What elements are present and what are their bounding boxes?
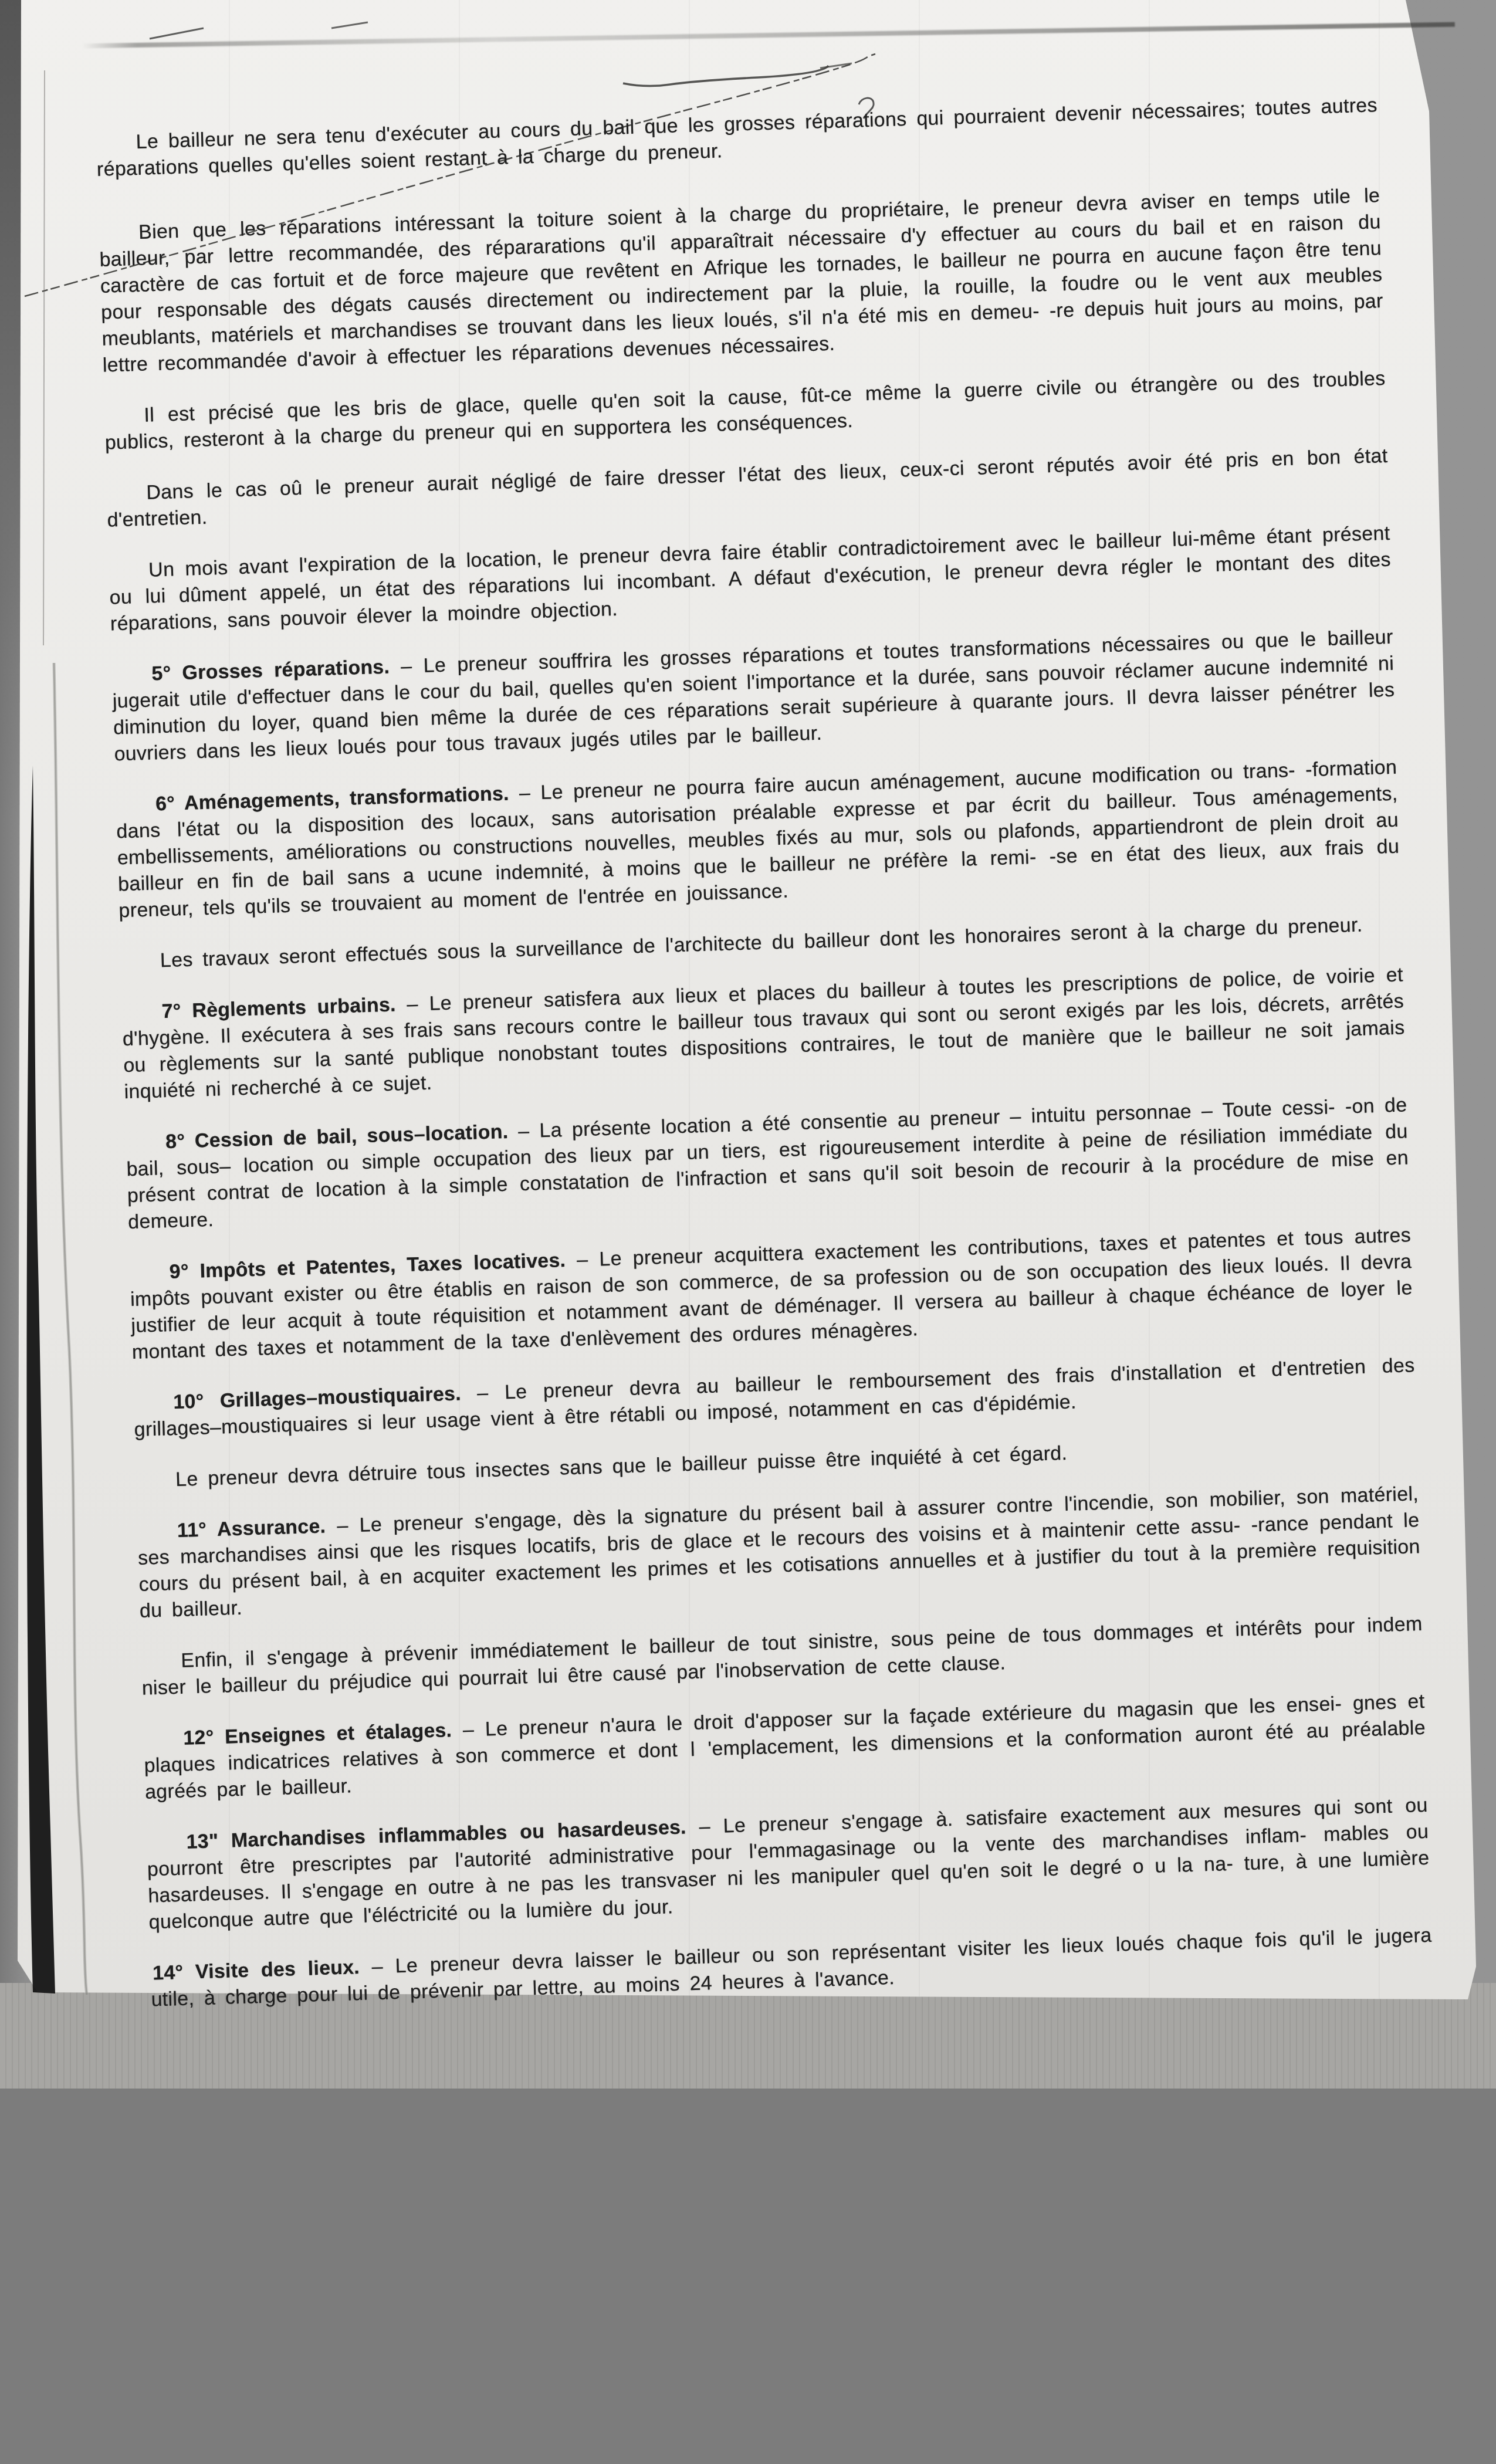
clause-heading: 9° Impôts et Patentes, Taxes locatives. [169,1249,566,1283]
scanner-background-bottom [0,2089,1496,2464]
clause-heading: 10° Grillages–moustiquaires. [173,1382,461,1413]
clause-heading: 12° Enseignes et étalages. [183,1719,452,1749]
paragraph: 10° Grillages–moustiquaires. – Le preneu… [133,1352,1416,1443]
clause-heading: 11° Assurance. [177,1515,326,1541]
clause-heading: 13" Marchandises inflammables ou hasarde… [186,1816,686,1853]
paragraph: Enfin, il s'engage à prévenir immédiatem… [141,1611,1424,1702]
paragraph: Bien que les réparations intéressant la … [99,182,1385,379]
paragraph: 9° Impôts et Patentes, Taxes locatives. … [129,1222,1413,1366]
paragraph: 5° Grosses réparations. – Le preneur sou… [111,624,1396,768]
clause-heading: 6° Aménagements, transformations. [155,783,510,815]
dust-speckles [0,0,1,1]
paragraph: Un mois avant l'expiration de la locatio… [109,520,1392,638]
paragraph: Les travaux seront effectués sous la sur… [120,911,1402,976]
paragraph: 8° Cession de bail, sous–location. – La … [126,1092,1410,1236]
paragraph: 14° Visite des lieux. – Le preneur devra… [150,1923,1433,2013]
clause-heading: 8° Cession de bail, sous–location. [165,1121,509,1153]
paragraph: Le preneur devra détruire tous insectes … [136,1430,1417,1494]
contract-text: Le bailleur ne sera tenu d'exécuter au c… [96,92,1434,2037]
paragraph: 6° Aménagements, transformations. – Le p… [115,754,1400,925]
paragraph: 13" Marchandises inflammables ou hasarde… [146,1792,1430,1936]
paragraph: 11° Assurance. – Le preneur s'engage, dè… [137,1481,1421,1624]
clause-heading: 7° Règlements urbains. [161,993,396,1023]
paragraph: Il est précisé que les bris de glace, qu… [104,365,1387,456]
paragraph: 12° Enseignes et étalages. – Le preneur … [143,1688,1427,1806]
paragraph: Dans le cas oû le preneur aurait négligé… [106,443,1389,534]
clause-heading: 14° Visite des lieux. [153,1956,360,1984]
paragraph: 7° Règlements urbains. – Le preneur sati… [121,962,1406,1106]
clause-heading: 5° Grosses réparations. [151,656,390,685]
scanned-document-page: Le bailleur ne sera tenu d'exécuter au c… [0,0,1496,2464]
